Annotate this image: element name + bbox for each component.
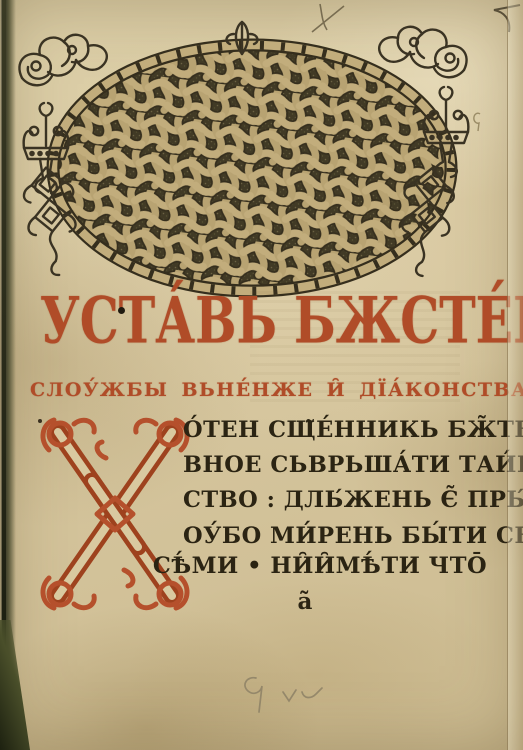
body-line: О́ТЕН СЩ̃Е́ННИКЬ БЖ̃ТЬ — [183, 413, 483, 448]
body-line: СѢ́МИ • НИ̑И̑МѢ́ТИ ЧТО̄ — [140, 553, 500, 579]
decorated-initial-kha — [36, 412, 194, 616]
body-line: ВНОЕ СЬВРЬША́ТИ ТАИ́Н — [183, 448, 483, 483]
pencil-note — [228, 668, 358, 724]
small-pen-mark — [470, 110, 486, 134]
floral-scroll-top-right-ornament — [379, 27, 466, 78]
body-text: О́ТЕН СЩ̃Е́ННИКЬ БЖ̃ТЬ ВНОЕ СЬВРЬША́ТИ Т… — [183, 413, 483, 554]
floral-scroll-top-left-ornament — [19, 35, 106, 86]
headpiece-panel — [51, 43, 453, 293]
page-fore-edge — [507, 0, 523, 750]
headpiece-knotwork-ornament — [12, 20, 476, 298]
manuscript-page: УСТА́ВЬ БЖСТЕ́НІЄ СЛОУ́ЖБЫ ВЬНЕ́НЖЕ И̑ Д… — [0, 0, 523, 750]
pen-cross-mark — [300, 0, 360, 40]
body-line: ОУ́БО МИ́РЕНЬ БЫ́ТИ СЬ ВЬ — [183, 519, 483, 554]
page-subtitle: СЛОУ́ЖБЫ ВЬНЕ́НЖЕ И̑ ДЇА́КОНСТВА ⁘ — [30, 379, 492, 401]
ink-blot — [118, 307, 125, 314]
page-title: УСТА́ВЬ БЖСТЕ́НІЄ — [40, 288, 480, 355]
body-line: СТВО : ДЛЬ́ЖЕНЬ Є̃ ПРЬ́ВѢЕ — [183, 483, 483, 518]
quire-signature: а̃ — [155, 588, 455, 615]
ink-dot — [38, 419, 42, 423]
